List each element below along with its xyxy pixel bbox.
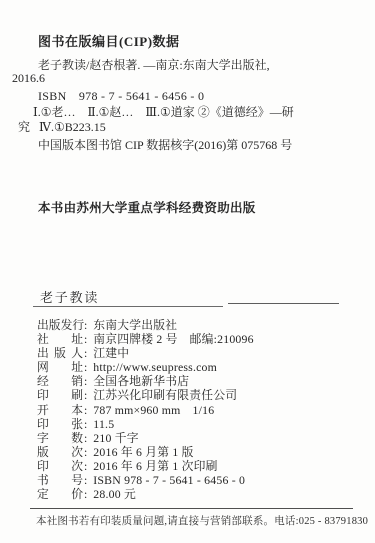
colophon-value: 787 mm×960 mm 1/16 — [93, 403, 214, 417]
cip-classification-line2: 究Ⅳ.①B223.15 — [18, 118, 106, 135]
colophon-colon: : — [84, 417, 87, 431]
colophon-block: 出版发行:东南大学出版社 社址:南京四牌楼 2 号 邮编:210096 出版人:… — [37, 318, 254, 501]
colophon-label: 版次 — [37, 445, 83, 459]
colophon-value: 210 千字 — [93, 431, 138, 445]
colophon-colon: : — [84, 318, 87, 332]
colophon-value: 江建中 — [93, 346, 129, 360]
copyright-page: 图书在版编目(CIP)数据 老子教读/赵杏根著. —南京:东南大学出版社, 20… — [0, 0, 375, 543]
funding-note: 本书由苏州大学重点学科经费资助出版 — [38, 198, 256, 216]
colophon-value: 东南大学出版社 — [93, 318, 177, 332]
colophon-value: 2016 年 6 月第 1 次印刷 — [93, 459, 217, 473]
colophon-label: 书号 — [37, 473, 83, 487]
colophon-value: 28.00 元 — [93, 487, 136, 501]
colophon-label: 印刷 — [37, 388, 83, 402]
colophon-label: 出版人 — [37, 346, 83, 360]
colophon-row: 开本:787 mm×960 mm 1/16 — [37, 403, 254, 417]
colophon-value: 2016 年 6 月第 1 版 — [93, 445, 193, 459]
colophon-value: 全国各地新华书店 — [93, 374, 189, 388]
colophon-colon: : — [84, 332, 87, 346]
colophon-row: 版次:2016 年 6 月第 1 版 — [37, 445, 254, 459]
colophon-value: http://www.seupress.com — [93, 360, 217, 374]
colophon-row: 网址:http://www.seupress.com — [37, 360, 254, 374]
colophon-row: 印张:11.5 — [37, 417, 254, 431]
colophon-label: 定价 — [37, 487, 83, 501]
colophon-colon: : — [84, 388, 87, 402]
colophon-label: 出版发行 — [37, 318, 83, 332]
colophon-colon: : — [84, 487, 87, 501]
colophon-colon: : — [84, 431, 87, 445]
colophon-colon: : — [84, 374, 87, 388]
colophon-row: 社址:南京四牌楼 2 号 邮编:210096 — [37, 332, 254, 346]
colophon-row: 出版发行:东南大学出版社 — [37, 318, 254, 332]
title-rule-right — [228, 303, 339, 304]
title-rule-left — [33, 306, 223, 307]
cip-classification-number: Ⅳ.①B223.15 — [39, 120, 106, 134]
colophon-row: 定价:28.00 元 — [37, 487, 254, 501]
colophon-colon: : — [84, 459, 87, 473]
colophon-label: 印张 — [37, 417, 83, 431]
colophon-row: 字数:210 千字 — [37, 431, 254, 445]
colophon-value: 11.5 — [93, 417, 114, 431]
colophon-row: 印次:2016 年 6 月第 1 次印刷 — [37, 459, 254, 473]
colophon-colon: : — [84, 346, 87, 360]
cip-isbn-line: ISBN 978 - 7 - 5641 - 6456 - 0 — [38, 87, 204, 104]
cip-record-line: 中国版本图书馆 CIP 数据核字(2016)第 075768 号 — [38, 136, 292, 153]
colophon-row: 书号:ISBN 978 - 7 - 5641 - 6456 - 0 — [37, 473, 254, 487]
colophon-colon: : — [84, 360, 87, 374]
colophon-value: ISBN 978 - 7 - 5641 - 6456 - 0 — [93, 473, 245, 487]
cip-year-line: 2016.6 — [12, 71, 45, 86]
cip-entry-line: 老子教读/赵杏根著. —南京:东南大学出版社, — [38, 56, 270, 73]
colophon-value: 南京四牌楼 2 号 邮编:210096 — [93, 332, 253, 346]
colophon-label: 网址 — [37, 360, 83, 374]
book-title: 老子教读 — [40, 287, 99, 306]
footer-quality-note: 本社图书若有印装质量问题,请直接与营销部联系。电话:025 - 83791830 — [36, 513, 368, 528]
colophon-row: 出版人:江建中 — [37, 346, 254, 360]
colophon-colon: : — [84, 473, 87, 487]
colophon-colon: : — [84, 445, 87, 459]
colophon-colon: : — [84, 403, 87, 417]
colophon-label: 字数 — [37, 431, 83, 445]
colophon-label: 开本 — [37, 403, 83, 417]
cip-header: 图书在版编目(CIP)数据 — [38, 31, 180, 50]
colophon-row: 经销:全国各地新华书店 — [37, 374, 254, 388]
footer-rule — [30, 508, 353, 509]
cip-classification-carry: 究 — [18, 120, 30, 134]
colophon-value: 江苏兴化印刷有限责任公司 — [93, 388, 237, 402]
colophon-label: 经销 — [37, 374, 83, 388]
colophon-row: 印刷:江苏兴化印刷有限责任公司 — [37, 388, 254, 402]
colophon-label: 印次 — [37, 459, 83, 473]
colophon-label: 社址 — [37, 332, 83, 346]
